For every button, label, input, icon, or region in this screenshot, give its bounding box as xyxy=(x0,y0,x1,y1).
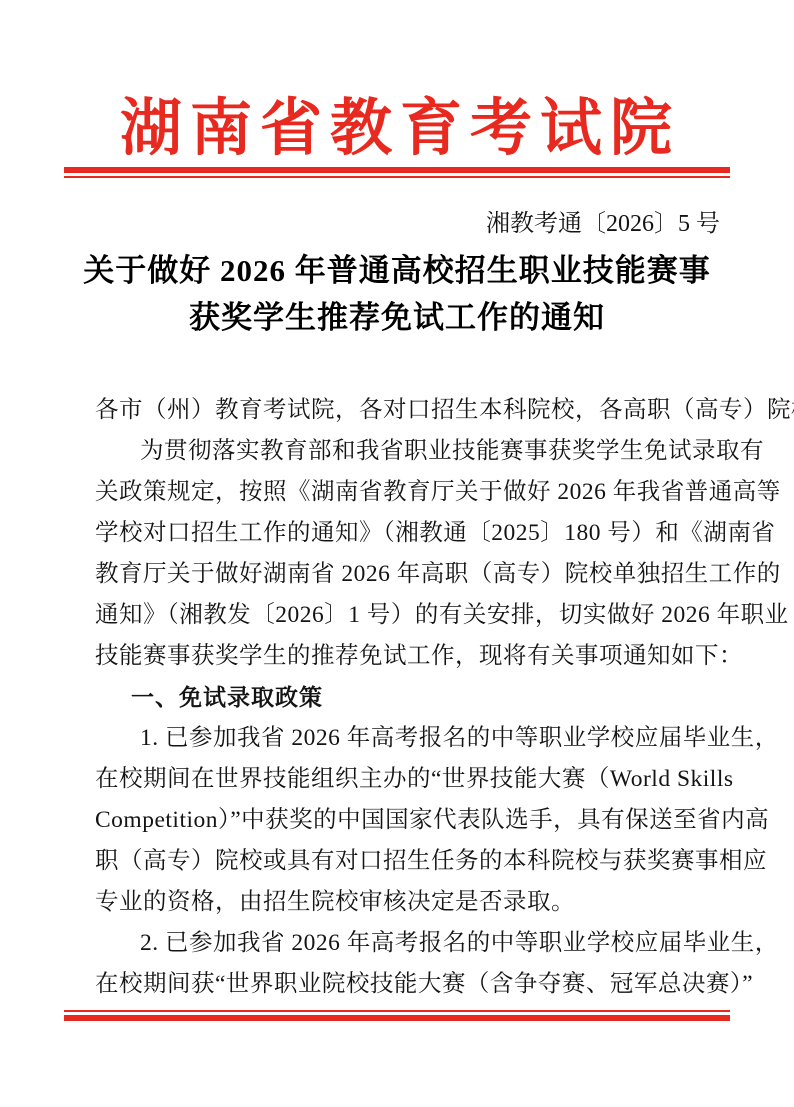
letterhead-rule-thin xyxy=(64,176,730,178)
document-body: 各市（州）教育考试院，各对口招生本科院校，各高职（高专）院校： 为贯彻落实教育部… xyxy=(95,390,727,1005)
body-line: 技能赛事获奖学生的推荐免试工作，现将有关事项通知如下： xyxy=(95,636,727,677)
letterhead-rule xyxy=(64,167,730,178)
body-line: 1. 已参加我省 2026 年高考报名的中等职业学校应届毕业生， xyxy=(95,718,727,759)
body-line: 职（高专）院校或具有对口招生任务的本科院校与获奖赛事相应 xyxy=(95,841,727,882)
body-line: 教育厅关于做好湖南省 2026 年高职（高专）院校单独招生工作的 xyxy=(95,554,727,595)
document-title: 关于做好 2026 年普通高校招生职业技能赛事 获奖学生推荐免试工作的通知 xyxy=(53,247,741,341)
body-line: 专业的资格，由招生院校审核决定是否录取。 xyxy=(95,882,727,923)
body-line: 学校对口招生工作的通知》（湘教通〔2025〕180 号）和《湖南省 xyxy=(95,513,727,554)
body-line: 通知》（湘教发〔2026〕1 号）的有关安排，切实做好 2026 年职业 xyxy=(95,595,727,636)
body-line: 在校期间在世界技能组织主办的“世界技能大赛（World Skills xyxy=(95,759,727,800)
body-line: Competition）”中获奖的中国国家代表队选手，具有保送至省内高 xyxy=(95,800,727,841)
body-line: 在校期间获“世界职业院校技能大赛（含争夺赛、冠军总决赛）” xyxy=(95,964,727,1005)
body-line: 2. 已参加我省 2026 年高考报名的中等职业学校应届毕业生， xyxy=(95,923,727,964)
body-line: 关政策规定，按照《湖南省教育厅关于做好 2026 年我省普通高等 xyxy=(95,472,727,513)
footer-rule-thick xyxy=(64,1015,730,1021)
document-page: 湖南省教育考试院 湘教考通〔2026〕5 号 关于做好 2026 年普通高校招生… xyxy=(0,0,794,1107)
document-number: 湘教考通〔2026〕5 号 xyxy=(95,203,720,238)
document-title-line-1: 关于做好 2026 年普通高校招生职业技能赛事 xyxy=(83,253,711,288)
salutation-line: 各市（州）教育考试院，各对口招生本科院校，各高职（高专）院校： xyxy=(95,390,727,431)
document-title-line-2: 获奖学生推荐免试工作的通知 xyxy=(189,300,605,335)
footer-rule xyxy=(64,1010,730,1021)
agency-name: 湖南省教育考试院 xyxy=(10,78,790,167)
section-heading: 一、免试录取政策 xyxy=(95,677,727,718)
body-line: 为贯彻落实教育部和我省职业技能赛事获奖学生免试录取有 xyxy=(95,431,727,472)
